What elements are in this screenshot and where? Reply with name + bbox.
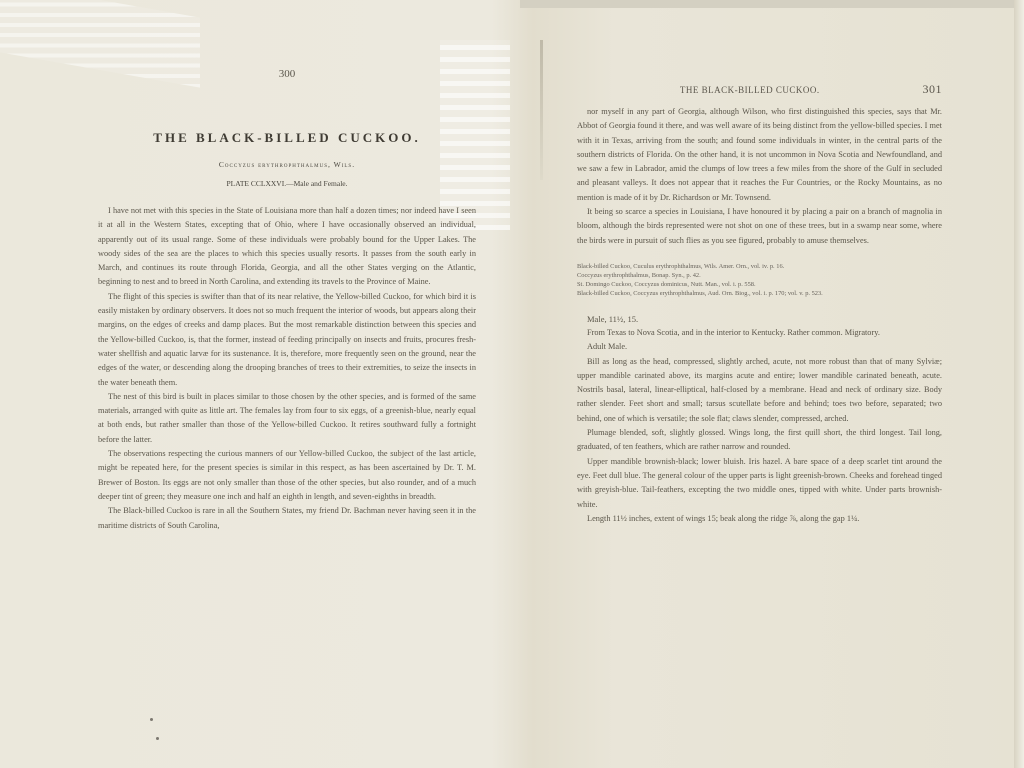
description-heading: Adult Male. [577,340,942,354]
synonym-entry: Black-billed Cuckoo, Cuculus erythrophth… [577,262,942,271]
description: Bill as long as the head, compressed, sl… [577,355,942,426]
paragraph: The nest of this bird is built in places… [98,390,476,447]
synonymy-list: Black-billed Cuckoo, Cuculus erythrophth… [577,262,942,298]
article-title: THE BLACK-BILLED CUCKOO. [98,130,476,146]
paragraph: nor myself in any part of Georgia, altho… [577,105,942,205]
page-number: 300 [98,68,476,80]
right-page: THE BLACK-BILLED CUCKOO. 301 nor myself … [577,82,942,526]
plate-caption: PLATE CCLXXVI.—Male and Female. [98,179,476,188]
paragraph: It being so scarce a species in Louisian… [577,205,942,248]
paper-speck [156,737,159,740]
synonym-entry: Coccyzus erythrophthalmus, Bonap. Syn., … [577,271,942,280]
paragraph: The Black-billed Cuckoo is rare in all t… [98,504,476,533]
description: Length 11½ inches, extent of wings 15; b… [577,512,942,526]
running-head: THE BLACK-BILLED CUCKOO. 301 [577,82,942,97]
measurement: Male, 11½, 15. [577,312,942,326]
page-right-edge [1014,0,1024,768]
description: Plumage blended, soft, slightly glossed.… [577,426,942,455]
paragraph: The observations respecting the curious … [98,447,476,504]
page-number: 301 [923,82,943,97]
synonym-entry: St. Domingo Cuckoo, Coccyzus dominicus, … [577,280,942,289]
running-title: THE BLACK-BILLED CUCKOO. [637,85,863,95]
description: From Texas to Nova Scotia, and in the in… [577,326,942,340]
scientific-name: Coccyzus erythrophthalmus, Wils. [98,160,476,169]
description: Upper mandible brownish-black; lower blu… [577,455,942,512]
left-page: 300 THE BLACK-BILLED CUCKOO. Coccyzus er… [98,68,476,533]
synonym-entry: Black-billed Cuckoo, Coccyzus erythropht… [577,289,942,298]
paper-speck [150,718,153,721]
paragraph: The flight of this species is swifter th… [98,290,476,390]
paragraph: I have not met with this species in the … [98,204,476,290]
book-gutter [540,40,543,180]
book-spread-photo: 300 THE BLACK-BILLED CUCKOO. Coccyzus er… [0,0,1024,768]
page-top-edge [520,0,1024,8]
